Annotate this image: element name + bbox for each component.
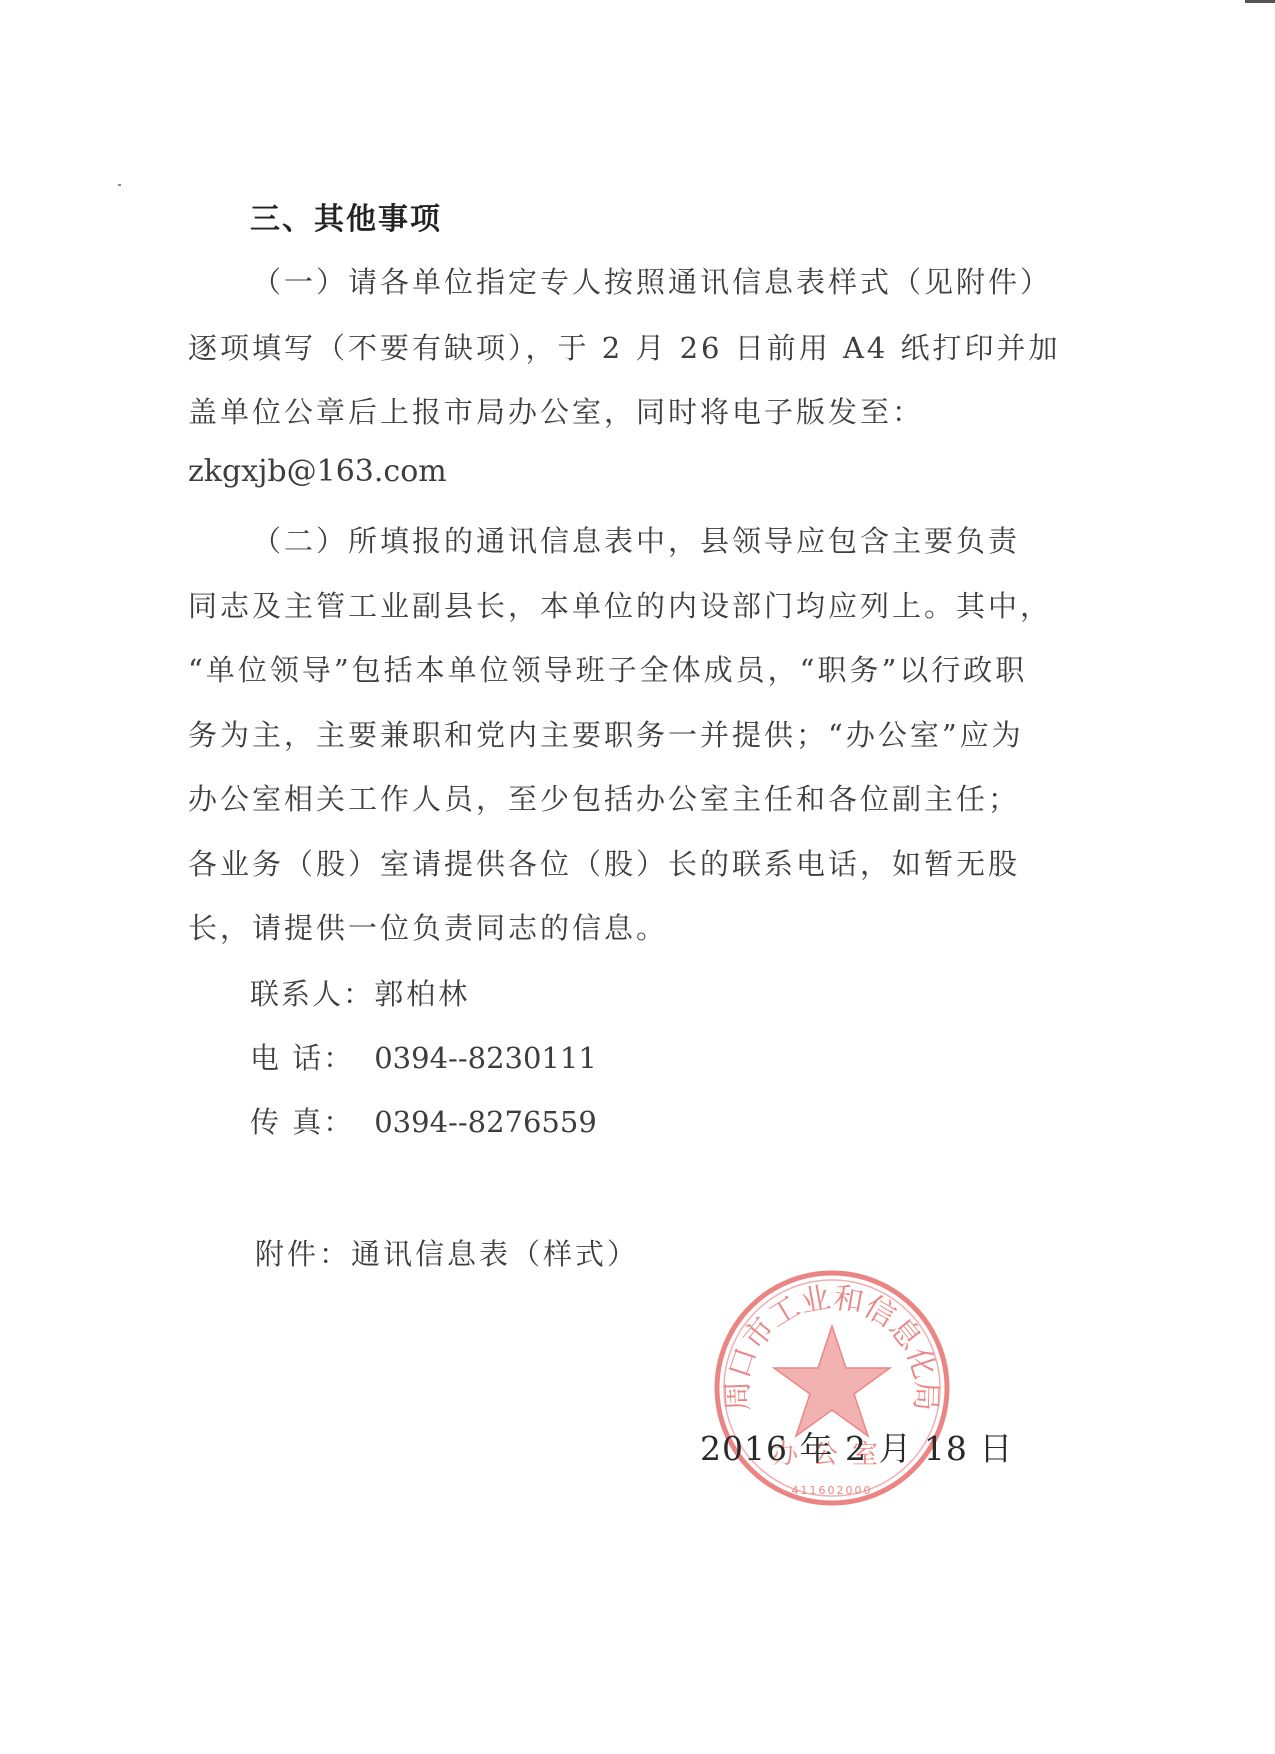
item2-line-6: 各业务（股）室请提供各位（股）长的联系电话，如暂无股 bbox=[188, 842, 1058, 883]
attachment-note: 附件：通讯信息表（样式） bbox=[255, 1232, 639, 1273]
document-date: 2016 年 2 月 18 日 bbox=[700, 1423, 1013, 1470]
item2-line-4: 务为主，主要兼职和党内主要职务一并提供；“办公室”应为 bbox=[188, 713, 1058, 754]
item1-line-2: 逐项填写（不要有缺项），于 2 月 26 日前用 A4 纸打印并加 bbox=[188, 326, 1058, 367]
contact-person-value: 郭柏林 bbox=[374, 977, 470, 1011]
item2-line-3: “单位领导”包括本单位领导班子全体成员，“职务”以行政职 bbox=[188, 648, 1058, 689]
contact-person-label: 联系人： bbox=[250, 972, 365, 1013]
official-seal-icon: 周口市工业和信息化局 办公室 411602000 bbox=[712, 1268, 952, 1508]
item1-line-3: 盖单位公章后上报市局办公室，同时将电子版发至： bbox=[188, 390, 1058, 431]
item1-line-1: （一）请各单位指定专人按照通讯信息表样式（见附件） bbox=[252, 260, 1122, 301]
contact-fax: 传 真： 0394--8276559 bbox=[250, 1100, 597, 1141]
item2-line-7: 长，请提供一位负责同志的信息。 bbox=[188, 906, 1058, 947]
item2-line-1: （二）所填报的通讯信息表中，县领导应包含主要负责 bbox=[252, 519, 1122, 560]
contact-phone-value: 0394--8230111 bbox=[374, 1041, 597, 1075]
contact-fax-label: 传 真： bbox=[250, 1100, 365, 1141]
item2-line-5: 办公室相关工作人员，至少包括办公室主任和各位副主任； bbox=[188, 777, 1058, 818]
scan-edge-mark bbox=[1245, 0, 1275, 3]
item2-line-2: 同志及主管工业副县长，本单位的内设部门均应列上。其中， bbox=[188, 584, 1058, 625]
contact-person: 联系人： 郭柏林 bbox=[250, 972, 470, 1013]
contact-phone: 电 话： 0394--8230111 bbox=[250, 1036, 597, 1077]
email-link[interactable]: zkgxjb@163.com bbox=[188, 454, 1058, 489]
scan-speck bbox=[118, 184, 121, 186]
contact-phone-label: 电 话： bbox=[250, 1036, 365, 1077]
contact-fax-value: 0394--8276559 bbox=[374, 1105, 597, 1139]
section-heading: 三、其他事项 bbox=[250, 194, 442, 238]
svg-text:411602000: 411602000 bbox=[792, 1484, 873, 1497]
